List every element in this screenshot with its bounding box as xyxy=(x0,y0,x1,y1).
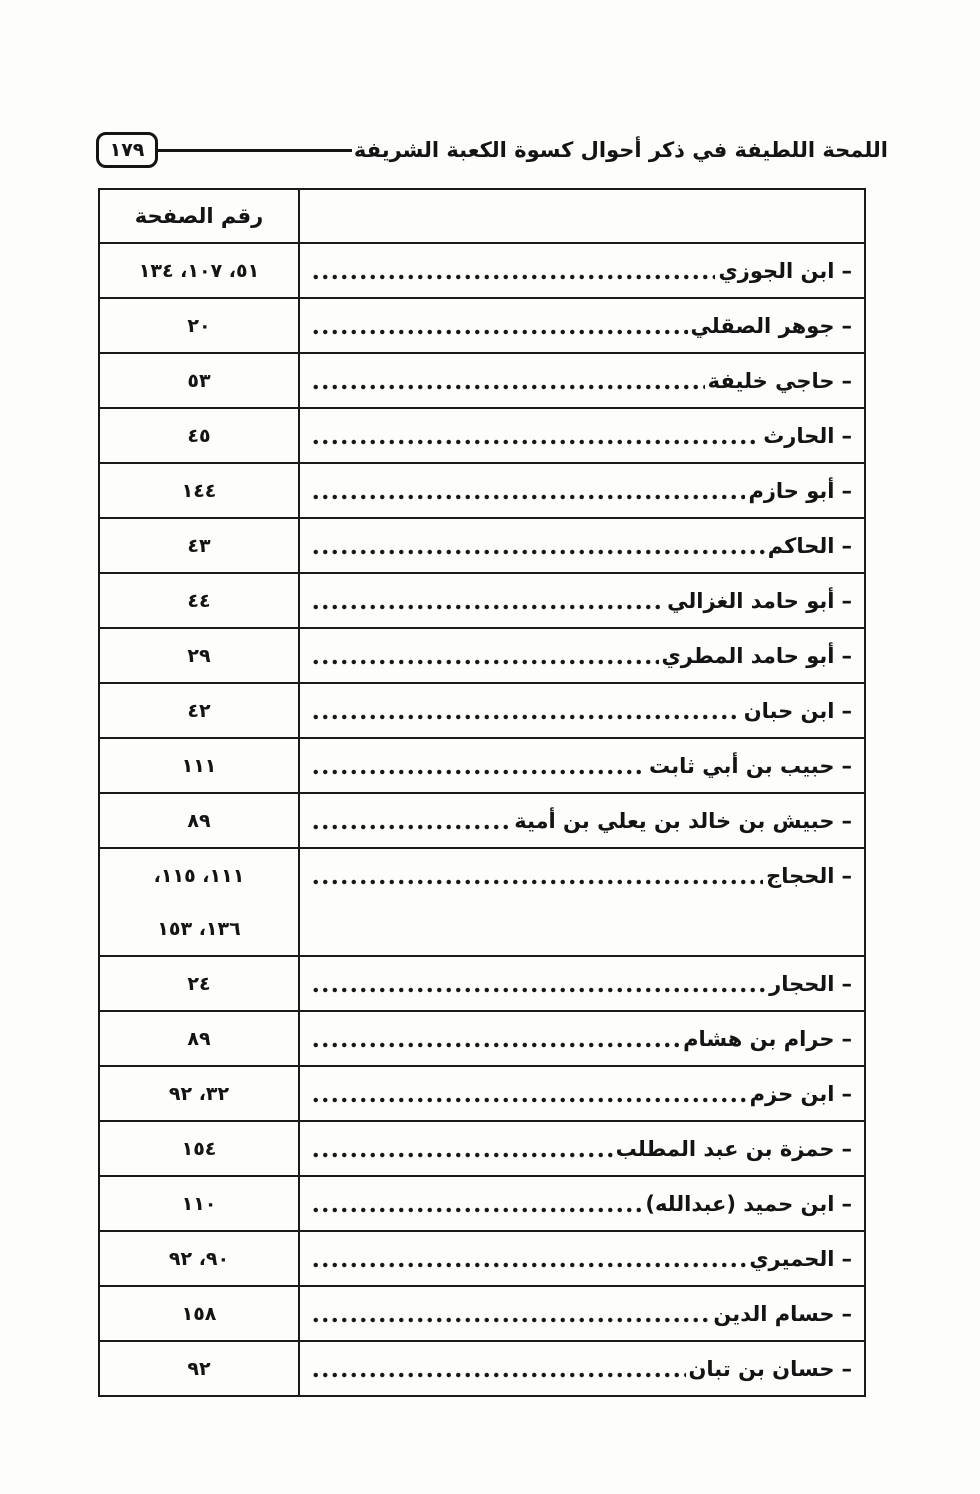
entry-page-numbers: ٤٤ xyxy=(187,574,210,627)
dot-leader xyxy=(311,268,715,286)
index-row: ٤٢ – ابن حبان xyxy=(100,684,864,739)
entry-name-cell: – ابن حزم xyxy=(300,1067,864,1120)
index-row: ٤٤ – أبو حامد الغزالي xyxy=(100,574,864,629)
page-number-column-header-cell: رقم الصفحة xyxy=(100,190,300,242)
dot-leader xyxy=(311,1146,613,1164)
entry-name-line: – ابن حزم xyxy=(300,1067,864,1120)
entry-page-numbers: ٤٢ xyxy=(187,684,210,737)
entry-dash: – xyxy=(842,644,853,668)
entry-pages: ٤٣ xyxy=(100,519,300,572)
dot-leader xyxy=(311,1091,747,1109)
entry-name: ابن الجوزي xyxy=(718,259,834,283)
entry-name-line: – جوهر الصقلي xyxy=(300,299,864,352)
entry-page-numbers: ٩٢ xyxy=(187,1342,210,1395)
entry-pages: ٩٠، ٩٢ xyxy=(100,1232,300,1285)
entry-name: حسان بن تبان xyxy=(689,1357,835,1381)
entry-pages: ٢٤ xyxy=(100,957,300,1010)
index-row: ٩٠، ٩٢ – الحميري xyxy=(100,1232,864,1287)
index-table-body: ٥١، ١٠٧، ١٣٤ – ابن الجوزي ٢٠ – جوهر الصق… xyxy=(100,244,864,1395)
entry-name-cell: – حسان بن تبان xyxy=(300,1342,864,1395)
entry-name-line: – حاجي خليفة xyxy=(300,354,864,407)
dot-leader xyxy=(311,653,659,671)
entry-dash: – xyxy=(842,314,853,338)
index-row: ٨٩ – حرام بن هشام xyxy=(100,1012,864,1067)
entry-name: حرام بن هشام xyxy=(683,1027,834,1051)
entry-name-line: – حمزة بن عبد المطلب xyxy=(300,1122,864,1175)
dot-leader xyxy=(311,1201,642,1219)
index-row: ١٤٤ – أبو حازم xyxy=(100,464,864,519)
entry-dash: – xyxy=(842,754,853,778)
entry-name-line: – حسام الدين xyxy=(300,1287,864,1340)
entry-page-numbers-continued: ١٣٦، ١٥٣ xyxy=(157,902,240,955)
entry-name-cell: – الحجاج xyxy=(300,849,864,955)
entry-page-numbers: ٤٥ xyxy=(187,409,210,462)
index-row: ٥١، ١٠٧، ١٣٤ – ابن الجوزي xyxy=(100,244,864,299)
entry-dash: – xyxy=(842,259,853,283)
entry-dash: – xyxy=(842,972,853,996)
entry-pages: ٥١، ١٠٧، ١٣٤ xyxy=(100,244,300,297)
entry-name-line: – أبو حازم xyxy=(300,464,864,517)
dot-leader xyxy=(311,488,745,506)
entry-dash: – xyxy=(842,1247,853,1271)
entry-pages: ٥٣ xyxy=(100,354,300,407)
entry-name: ابن حميد (عبدالله) xyxy=(645,1192,834,1216)
entry-name-line: – الحجار xyxy=(300,957,864,1010)
entry-pages: ٤٢ xyxy=(100,684,300,737)
entry-name: ابن حبان xyxy=(744,699,835,723)
entry-dash: – xyxy=(842,1192,853,1216)
entry-name: حسام الدين xyxy=(713,1302,834,1326)
entry-name-line: – حبيب بن أبي ثابت xyxy=(300,739,864,792)
entry-page-numbers: ٥١، ١٠٧، ١٣٤ xyxy=(139,244,259,297)
entry-name: الحجار xyxy=(769,972,834,996)
dot-leader xyxy=(311,981,766,999)
index-row: ٢٩ – أبو حامد المطري xyxy=(100,629,864,684)
index-row: ٤٣ – الحاكم xyxy=(100,519,864,574)
entry-pages: ٤٤ xyxy=(100,574,300,627)
dot-leader xyxy=(311,873,763,891)
entry-page-numbers: ٥٣ xyxy=(187,354,210,407)
entry-dash: – xyxy=(842,1357,853,1381)
dot-leader xyxy=(311,433,760,451)
entry-dash: – xyxy=(842,1137,853,1161)
entry-page-numbers: ١١٠ xyxy=(182,1177,217,1230)
entry-name-cell: – ابن الجوزي xyxy=(300,244,864,297)
entry-name-cell: – ابن حميد (عبدالله) xyxy=(300,1177,864,1230)
entry-pages: ٨٩ xyxy=(100,1012,300,1065)
index-row: ٤٥ – الحارث xyxy=(100,409,864,464)
entry-pages: ١١٠ xyxy=(100,1177,300,1230)
entry-page-numbers: ١٥٨ xyxy=(182,1287,217,1340)
entry-name-cell: – حمزة بن عبد المطلب xyxy=(300,1122,864,1175)
dot-leader xyxy=(311,543,765,561)
entry-name: الحجاج xyxy=(766,864,834,888)
page-number-column-header: رقم الصفحة xyxy=(135,190,263,242)
entry-dash: – xyxy=(842,864,853,888)
entry-page-numbers: ١٤٤ xyxy=(182,464,217,517)
entry-dash: – xyxy=(842,589,853,613)
index-row: ٢٤ – الحجار xyxy=(100,957,864,1012)
entry-name-cell: – الحجار xyxy=(300,957,864,1010)
dot-leader xyxy=(311,378,705,396)
dot-leader xyxy=(311,598,664,616)
page-number-box: ١٧٩ xyxy=(96,132,158,168)
entry-page-numbers: ٨٩ xyxy=(187,1012,210,1065)
entry-name-cell: – الحاكم xyxy=(300,519,864,572)
entry-name-cell: – حبيش بن خالد بن يعلي بن أمية xyxy=(300,794,864,847)
entry-name-cell: – حرام بن هشام xyxy=(300,1012,864,1065)
index-row: ٢٠ – جوهر الصقلي xyxy=(100,299,864,354)
entry-page-numbers: ٢٩ xyxy=(187,629,210,682)
entry-name: أبو حازم xyxy=(748,479,834,503)
entry-name-line: – الحاكم xyxy=(300,519,864,572)
entry-name-cell: – الحارث xyxy=(300,409,864,462)
entry-name-line: – حسان بن تبان xyxy=(300,1342,864,1395)
entry-name-line: – الحجاج xyxy=(300,849,864,902)
entry-name-line: – حبيش بن خالد بن يعلي بن أمية xyxy=(300,794,864,847)
index-table: رقم الصفحة ٥١، ١٠٧، ١٣٤ – ابن الجوزي ٢٠ … xyxy=(98,188,866,1397)
dot-leader xyxy=(311,818,511,836)
entry-name-line: – أبو حامد الغزالي xyxy=(300,574,864,627)
index-row: ٥٣ – حاجي خليفة xyxy=(100,354,864,409)
index-row: ٣٢، ٩٢ – ابن حزم xyxy=(100,1067,864,1122)
entry-name-line: – ابن حبان xyxy=(300,684,864,737)
dot-leader xyxy=(311,708,741,726)
entry-name: جوهر الصقلي xyxy=(691,314,835,338)
entry-name: أبو حامد المطري xyxy=(662,644,835,668)
entry-pages: ١١١، ١١٥،١٣٦، ١٥٣ xyxy=(100,849,300,955)
entry-pages: ١٤٤ xyxy=(100,464,300,517)
dot-leader xyxy=(311,1366,686,1384)
entry-page-numbers: ٨٩ xyxy=(187,794,210,847)
header-rule xyxy=(158,149,352,152)
entry-name: حاجي خليفة xyxy=(708,369,835,393)
entry-name: ابن حزم xyxy=(750,1082,835,1106)
index-row: ١١١ – حبيب بن أبي ثابت xyxy=(100,739,864,794)
entry-dash: – xyxy=(842,479,853,503)
entry-name-cell: – حاجي خليفة xyxy=(300,354,864,407)
index-table-header-row: رقم الصفحة xyxy=(100,190,864,244)
entry-name-line: – ابن حميد (عبدالله) xyxy=(300,1177,864,1230)
dot-leader xyxy=(311,1036,680,1054)
entry-page-numbers: ١٥٤ xyxy=(182,1122,217,1175)
entry-page-numbers: ٢٤ xyxy=(187,957,210,1010)
entry-pages: ٩٢ xyxy=(100,1342,300,1395)
entry-page-numbers: ١١١ xyxy=(182,739,217,792)
index-row: ١٥٨ – حسام الدين xyxy=(100,1287,864,1342)
dot-leader xyxy=(311,1311,710,1329)
index-row: ١١١، ١١٥،١٣٦، ١٥٣ – الحجاج xyxy=(100,849,864,957)
entry-page-numbers: ٩٠، ٩٢ xyxy=(169,1232,229,1285)
index-row: ١٥٤ – حمزة بن عبد المطلب xyxy=(100,1122,864,1177)
entry-pages: ١١١ xyxy=(100,739,300,792)
entry-name-cell: – حسام الدين xyxy=(300,1287,864,1340)
entry-pages: ٣٢، ٩٢ xyxy=(100,1067,300,1120)
entry-name-cell: – جوهر الصقلي xyxy=(300,299,864,352)
entry-name-cell: – أبو حازم xyxy=(300,464,864,517)
entry-dash: – xyxy=(842,1302,853,1326)
dot-leader xyxy=(311,763,646,781)
entry-pages: ٢٠ xyxy=(100,299,300,352)
index-row: ٨٩ – حبيش بن خالد بن يعلي بن أمية xyxy=(100,794,864,849)
entry-name-cell: – الحميري xyxy=(300,1232,864,1285)
scanned-book-page: ١٧٩ اللمحة اللطيفة في ذكر أحوال كسوة الك… xyxy=(0,0,980,1494)
entry-dash: – xyxy=(842,1027,853,1051)
entry-dash: – xyxy=(842,809,853,833)
page-number: ١٧٩ xyxy=(110,139,145,161)
entry-pages: ١٥٤ xyxy=(100,1122,300,1175)
entry-name: أبو حامد الغزالي xyxy=(667,589,834,613)
entry-pages: ٨٩ xyxy=(100,794,300,847)
entry-page-numbers: ٤٣ xyxy=(187,519,210,572)
name-column-header-cell xyxy=(300,190,864,242)
entry-name-line: – حرام بن هشام xyxy=(300,1012,864,1065)
dot-leader xyxy=(311,1256,746,1274)
entry-dash: – xyxy=(842,1082,853,1106)
entry-pages: ٢٩ xyxy=(100,629,300,682)
entry-dash: – xyxy=(842,699,853,723)
dot-leader xyxy=(311,323,688,341)
entry-page-numbers: ١١١، ١١٥، xyxy=(154,849,245,902)
entry-name: حمزة بن عبد المطلب xyxy=(616,1137,835,1161)
entry-dash: – xyxy=(842,369,853,393)
entry-name: حبيش بن خالد بن يعلي بن أمية xyxy=(514,809,834,833)
entry-pages: ١٥٨ xyxy=(100,1287,300,1340)
entry-name-cell: – حبيب بن أبي ثابت xyxy=(300,739,864,792)
index-row: ٩٢ – حسان بن تبان xyxy=(100,1342,864,1395)
entry-name-line: – الحارث xyxy=(300,409,864,462)
entry-name-line: – أبو حامد المطري xyxy=(300,629,864,682)
entry-pages: ٤٥ xyxy=(100,409,300,462)
entry-name: الحميري xyxy=(749,1247,834,1271)
entry-name: الحارث xyxy=(763,424,834,448)
index-row: ١١٠ – ابن حميد (عبدالله) xyxy=(100,1177,864,1232)
entry-name-line: – ابن الجوزي xyxy=(300,244,864,297)
running-head: ١٧٩ اللمحة اللطيفة في ذكر أحوال كسوة الك… xyxy=(96,130,890,170)
book-title: اللمحة اللطيفة في ذكر أحوال كسوة الكعبة … xyxy=(354,138,890,162)
entry-dash: – xyxy=(842,534,853,558)
entry-name-cell: – أبو حامد المطري xyxy=(300,629,864,682)
entry-name-cell: – أبو حامد الغزالي xyxy=(300,574,864,627)
entry-dash: – xyxy=(842,424,853,448)
entry-name-line: – الحميري xyxy=(300,1232,864,1285)
entry-name: حبيب بن أبي ثابت xyxy=(649,754,834,778)
entry-name: الحاكم xyxy=(768,534,835,558)
entry-page-numbers: ٣٢، ٩٢ xyxy=(169,1067,229,1120)
entry-name-cell: – ابن حبان xyxy=(300,684,864,737)
entry-page-numbers: ٢٠ xyxy=(187,299,210,352)
